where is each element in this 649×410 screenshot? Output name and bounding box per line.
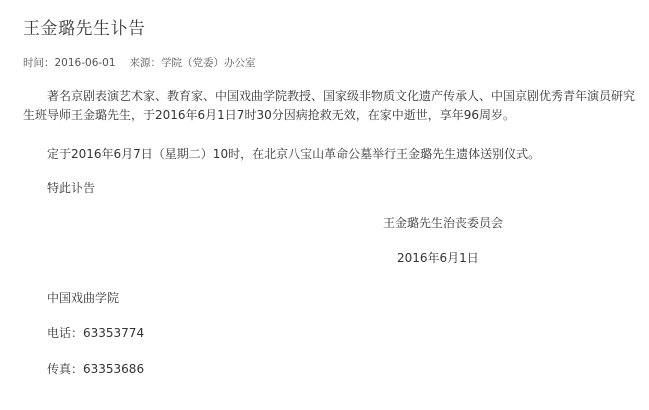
source-label: 来源：: [130, 57, 162, 69]
contact-fax: 传真：63353686: [47, 360, 144, 378]
body-paragraph-3: 特此讣告: [47, 179, 95, 197]
signature-date: 2016年6月1日: [397, 249, 479, 267]
contact-organization: 中国戏曲学院: [47, 289, 119, 307]
body-paragraph-1-line-2: 生班导师王金璐先生，于2016年6月1日7时30分因病抢救无效，在家中逝世，享年…: [23, 106, 515, 124]
body-paragraph-2: 定于2016年6月7日（星期二）10时，在北京八宝山革命公墓举行王金璐先生遗体送…: [47, 145, 540, 163]
contact-phone: 电话：63353774: [47, 324, 144, 342]
source-value: 学院（党委）办公室: [161, 57, 256, 69]
notice-meta: 时间：2016-06-01来源：学院（党委）办公室: [23, 55, 256, 70]
signature-committee: 王金璐先生治丧委员会: [383, 214, 503, 232]
body-paragraph-1-line-1: 著名京剧表演艺术家、教育家、中国戏曲学院教授、国家级非物质文化遗产传承人、中国京…: [47, 87, 635, 105]
time-value: 2016-06-01: [55, 57, 116, 69]
notice-title: 王金璐先生讣告: [23, 14, 146, 39]
time-label: 时间：: [23, 57, 55, 69]
